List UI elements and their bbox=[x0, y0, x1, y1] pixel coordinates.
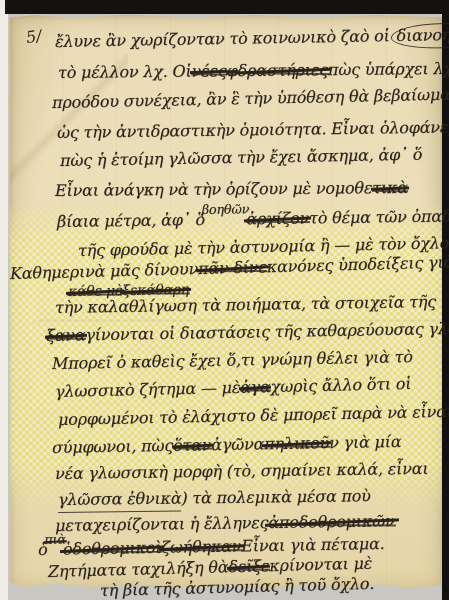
handwriting-strike: ἀρχίζον bbox=[246, 207, 309, 230]
handwriting-text: τὸ μέλλον λχ. Οἱ bbox=[58, 61, 192, 84]
handwriting-strike: ἀποδοθρομικῶν bbox=[268, 510, 395, 534]
scanner-bed-left-strip bbox=[0, 0, 8, 600]
handwriting-circled: διανοητικῶν bbox=[390, 22, 449, 49]
handwriting-text: χωρὶς ἄλλο ὅτι οἱ bbox=[270, 373, 411, 398]
handwriting-text: ν γιὰ μία bbox=[329, 431, 402, 454]
handwriting-strike: πᾶν δίνε bbox=[198, 256, 267, 280]
handwriting-text: βίαια μέτρα, ἀφ᾽ ὅ bbox=[57, 209, 205, 233]
handwriting-strike: ξανα bbox=[46, 324, 86, 347]
scanned-manuscript: 5/ ἔλυνε ἂν χωρίζονταν τὸ κοινωνικὸ ζαὸ … bbox=[0, 0, 449, 600]
handwriting-strike: δραστήριες bbox=[237, 59, 328, 82]
handwriting-strike: ὅταν bbox=[173, 434, 212, 457]
handwriting-strike: ὁδοθρομικοὶ bbox=[63, 537, 162, 561]
manuscript-line: τὸ μέλλον λχ. Οἱ νέες φ δραστήριες πὼς ὑ… bbox=[58, 58, 449, 84]
handwriting-text: τὸ θέμα τῶν ὀπαδῶ bbox=[309, 205, 449, 229]
scan-shadow-top bbox=[5, 0, 449, 14]
handwriting-text: σύμφωνοι, πὼς bbox=[52, 435, 173, 459]
handwriting-underline: γλῶσσα ἐθνικὰ bbox=[58, 487, 182, 513]
manuscript-line: Εἶναι ἀνάγκη νὰ τὴν ὁρίζουν μὲ νομοθετικ… bbox=[55, 177, 408, 202]
handwriting-text: ) τὰ πολεμικὰ μέσα ποὺ bbox=[181, 485, 371, 509]
handwriting-text: πὼς ὑπάρχει λχ bbox=[328, 58, 449, 81]
handwriting-strike: πηλικοῦ bbox=[264, 432, 329, 455]
handwriting-text: γλωσσικὸ ζήτημα — μὲ bbox=[55, 377, 241, 403]
handwriting-strike: τικὰ bbox=[372, 177, 408, 199]
page-number: 5/ bbox=[25, 26, 43, 47]
handwriting-text: Εἶναι ἀνάγκη νὰ τὴν ὁρίζουν μὲ νομοθε bbox=[55, 177, 372, 202]
manuscript-line: γλῶσσα ἐθνικὰ) τὰ πολεμικὰ μέσα ποὺ bbox=[58, 485, 371, 513]
handwriting-strike: νέες bbox=[191, 60, 226, 82]
handwriting-text: ἔλυνε ἂν χωρίζονταν τὸ κοινωνικὸ ζαὸ οἱ bbox=[55, 25, 390, 53]
handwriting-insert: βοηθῶν bbox=[202, 199, 250, 222]
handwriting-strike: ἀγα bbox=[240, 376, 271, 399]
handwriting-text: μεταχειρίζονται ἡ ἔλληνες bbox=[55, 512, 269, 537]
handwriting-text: ἀγῶνα bbox=[211, 433, 264, 456]
